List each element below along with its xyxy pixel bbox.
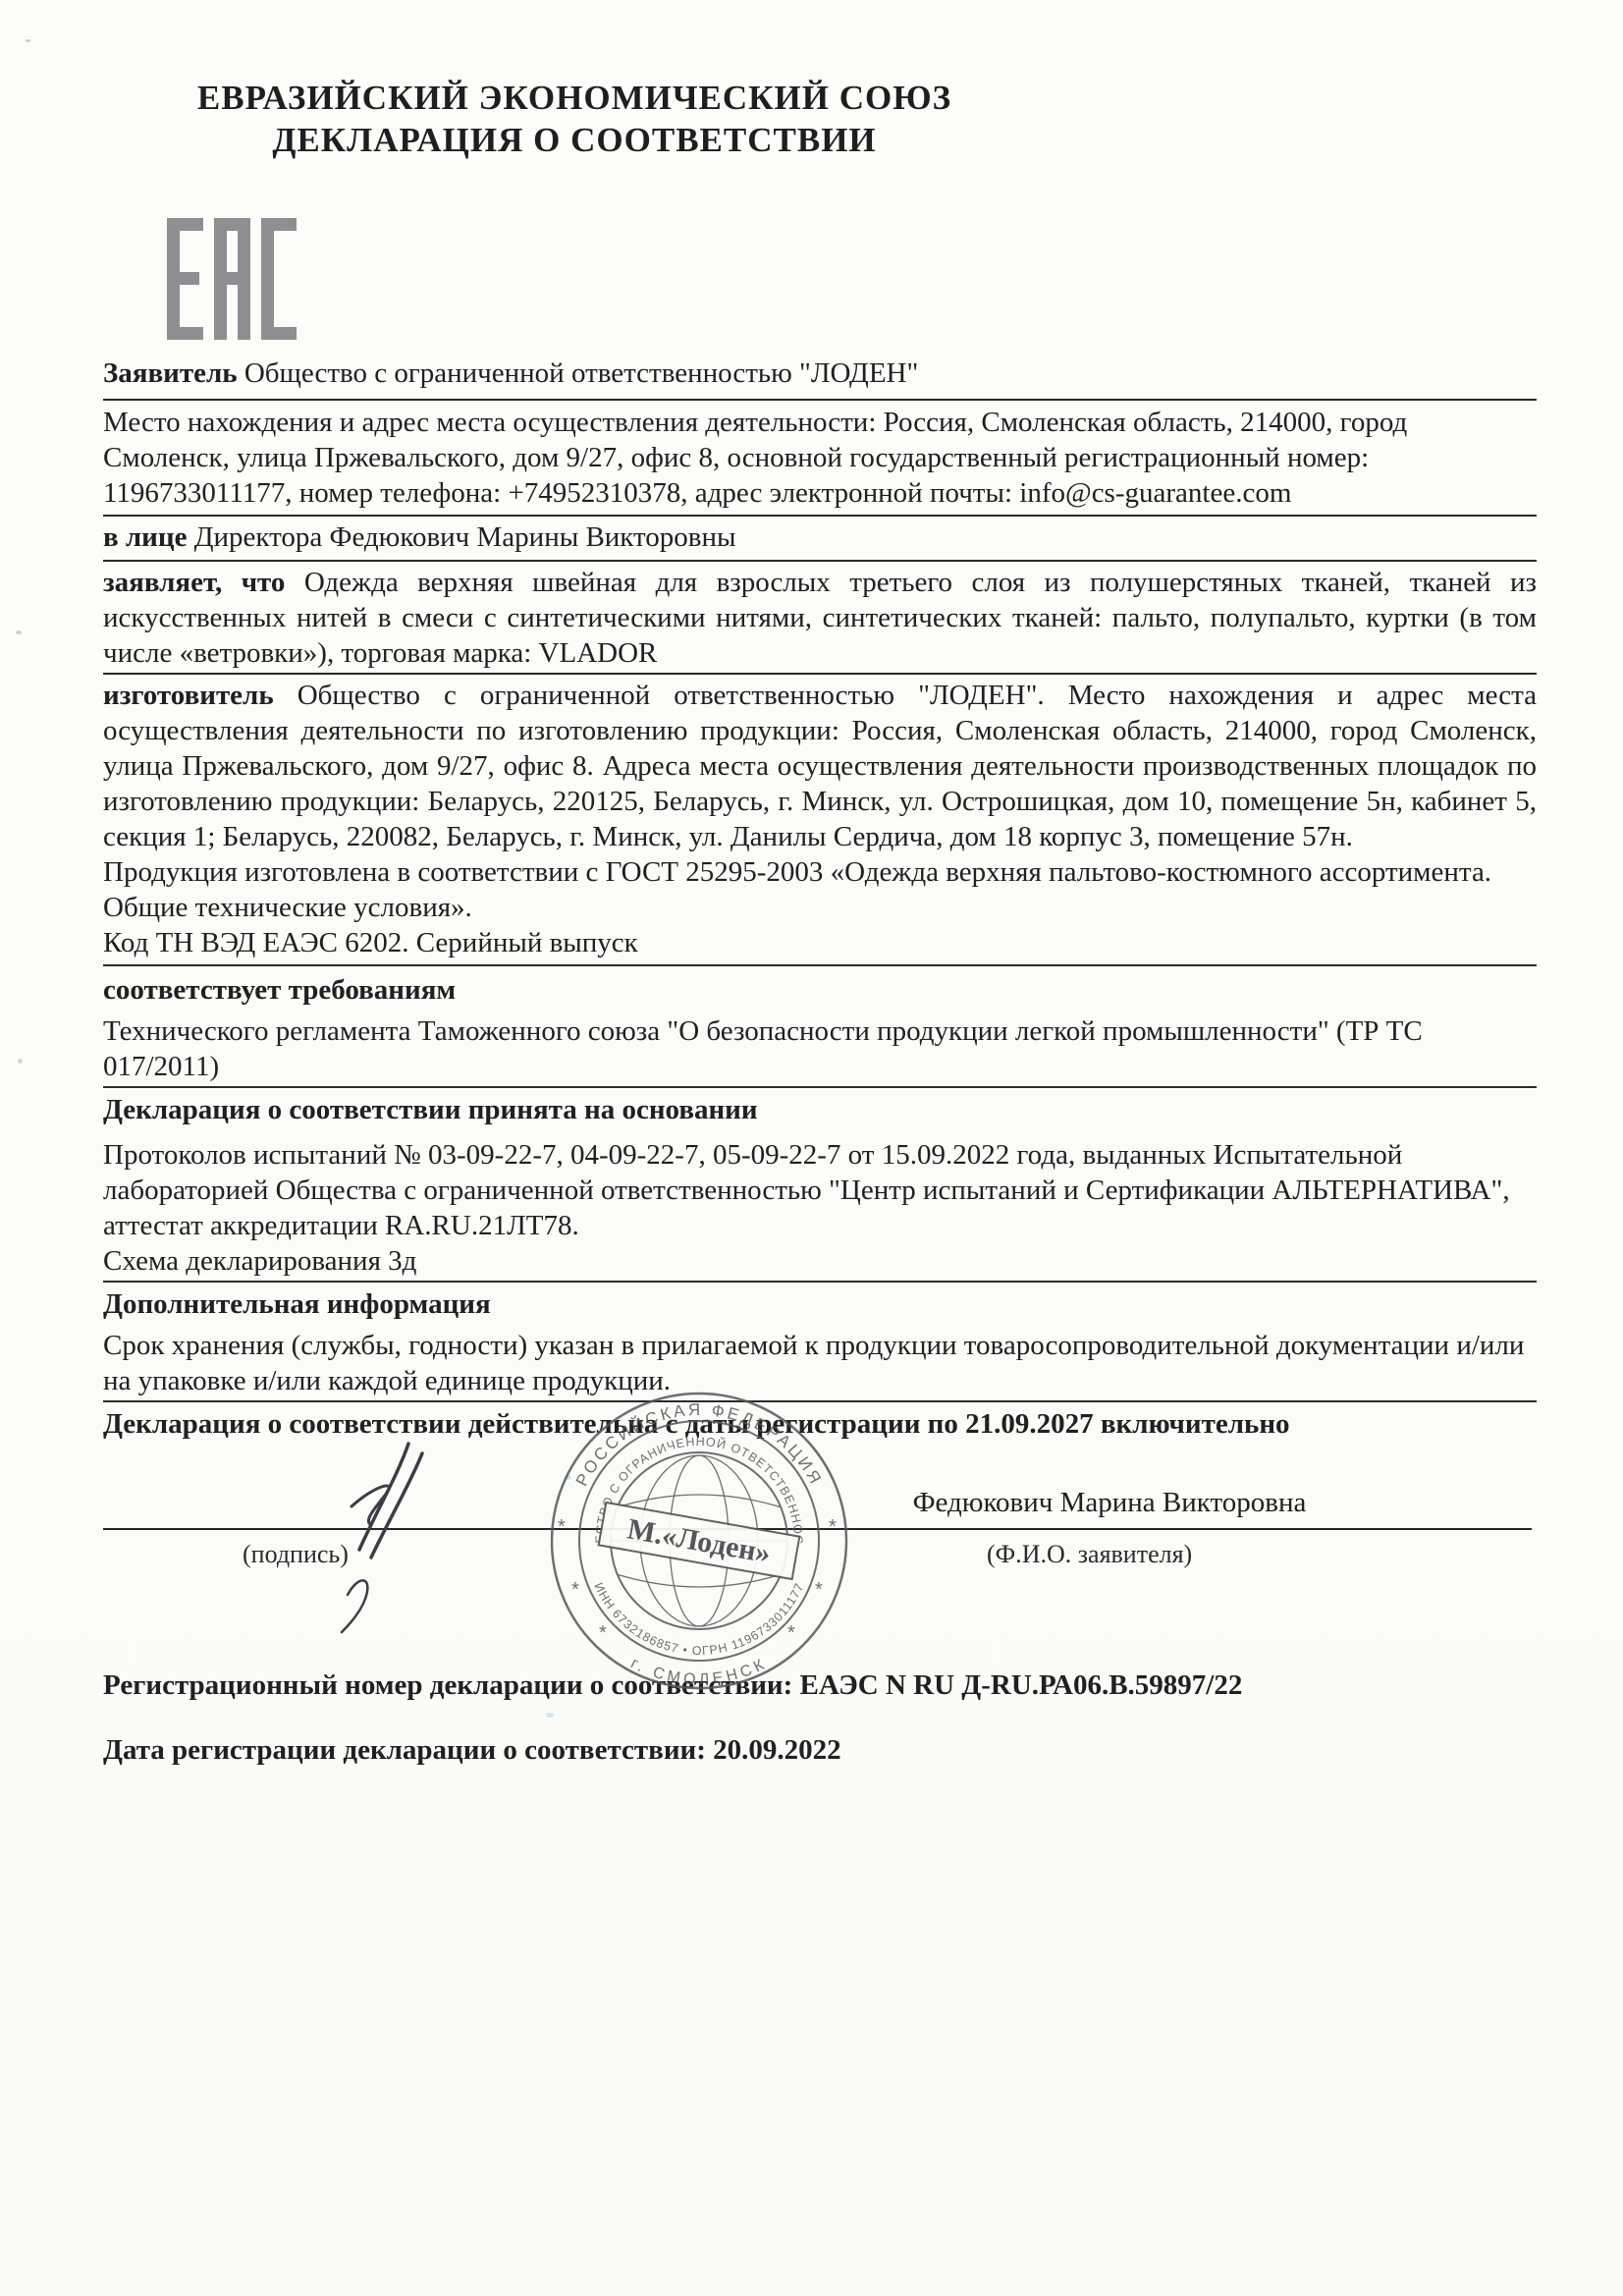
stamp-inn-ogrn-text: ИНН 6732186857 • ОГРН 1196733011177 [591,1580,806,1658]
compliance-label: соответствует требованиям [103,972,1537,1008]
divider [103,560,1537,562]
document-content: ЕВРАЗИЙСКИЙ ЭКОНОМИЧЕСКИЙ СОЮЗ ДЕКЛАРАЦИ… [103,0,1537,1768]
stamp-banner: М.«Лоден» [599,1503,800,1579]
divider [103,964,1537,966]
in-person-line: в лице Директора Федюкович Марины Виктор… [103,519,1537,555]
signature-area: РОССИЙСКАЯ ФЕДЕРАЦИЯ г. СМОЛЕНСК ОБЩЕСТВ… [103,1442,1537,1667]
applicant-line: Заявитель Общество с ограниченной ответс… [103,355,1537,391]
manufacturer-label: изготовитель [103,680,274,711]
scan-speck [16,630,22,634]
document-title: ЕВРАЗИЙСКИЙ ЭКОНОМИЧЕСКИЙ СОЮЗ ДЕКЛАРАЦИ… [103,77,1046,161]
in-person-value: Директора Федюкович Марины Викторовны [194,521,736,553]
in-person-label: в лице [103,521,187,553]
stamp-star: * [815,1579,823,1601]
declares-label: заявляет, что [103,567,285,598]
scan-speck [18,1059,23,1064]
protocols-paragraph: Протоколов испытаний № 03-09-22-7, 04-09… [103,1137,1537,1243]
scheme-line: Схема декларирования 3д [103,1243,1537,1279]
scan-speck [26,39,30,42]
compliance-value: Технического регламента Таможенного союз… [103,1013,1537,1084]
manufacturer-value: Общество с ограниченной ответственностью… [103,680,1537,852]
eac-mark-icon [167,218,297,340]
handwritten-signature [314,1430,461,1641]
declares-value: Одежда верхняя швейная для взрослых трет… [103,567,1537,669]
signature-caption: (подпись) [243,1540,349,1569]
name-caption: (Ф.И.О. заявителя) [987,1540,1192,1569]
stamp-star: * [787,1622,795,1644]
applicant-name: Федюкович Марина Викторовна [879,1487,1340,1519]
divider [103,673,1537,675]
stamp-star: * [571,1579,579,1601]
svg-text:ИНН 6732186857 • ОГРН 11967330: ИНН 6732186857 • ОГРН 1196733011177 [591,1580,806,1658]
company-stamp: РОССИЙСКАЯ ФЕДЕРАЦИЯ г. СМОЛЕНСК ОБЩЕСТВ… [537,1379,861,1703]
title-union: ЕВРАЗИЙСКИЙ ЭКОНОМИЧЕСКИЙ СОЮЗ [103,77,1046,119]
stamp-star: * [829,1516,837,1538]
stamp-star: * [599,1622,607,1644]
applicant-value: Общество с ограниченной ответственностью… [244,357,918,389]
registration-date-line: Дата регистрации декларации о соответств… [103,1732,1537,1768]
applicant-address: Место нахождения и адрес места осуществл… [103,405,1537,511]
basis-label: Декларация о соответствии принята на осн… [103,1092,1537,1127]
stamp-star: * [558,1516,566,1538]
declares-paragraph: заявляет, что Одежда верхняя швейная для… [103,565,1537,671]
divider [103,515,1537,517]
tnved-line: Код ТН ВЭД ЕАЭС 6202. Серийный выпуск [103,925,1537,960]
divider [103,1281,1537,1283]
manufacturer-paragraph: изготовитель Общество с ограниченной отв… [103,678,1537,854]
divider [103,1086,1537,1088]
gost-line: Продукция изготовлена в соответствии с Г… [103,854,1537,925]
applicant-label: Заявитель [103,357,238,389]
divider [103,399,1537,401]
scanned-declaration-page: ЕВРАЗИЙСКИЙ ЭКОНОМИЧЕСКИЙ СОЮЗ ДЕКЛАРАЦИ… [0,0,1623,2296]
additional-label: Дополнительная информация [103,1286,1537,1322]
title-declaration: ДЕКЛАРАЦИЯ О СООТВЕТСТВИИ [103,119,1046,161]
